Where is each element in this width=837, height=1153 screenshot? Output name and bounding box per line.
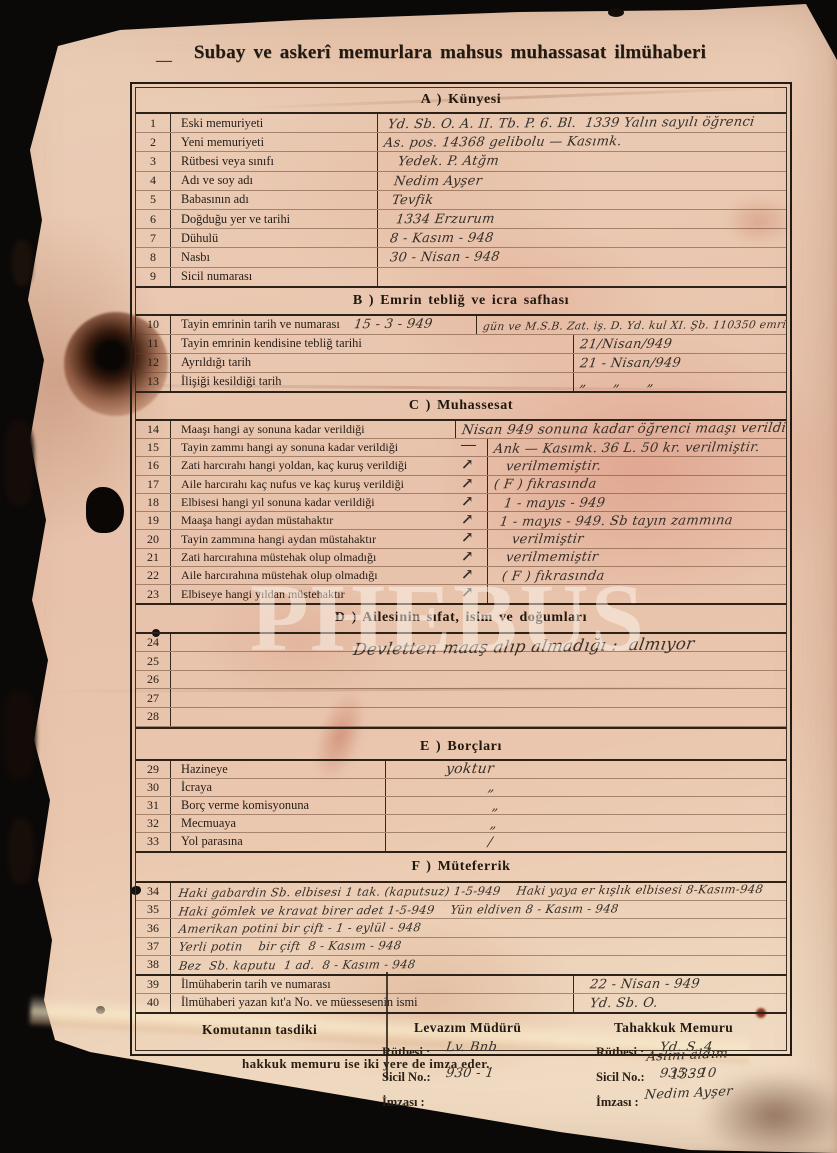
row-number: 3 [136,152,171,170]
table-row: 6Doğduğu yer ve tarihi1334 Erzurum [136,210,786,229]
row-value-cell: „ „ „ [574,373,786,391]
row-value-cell: Haki gömlek ve kravat birer adet 1-5-949… [171,901,786,919]
row-number: 30 [136,779,171,796]
row-number: 23 [136,585,171,602]
arrow-mark: ↗ [461,492,474,511]
handwritten-value: „ „ „ [579,374,655,390]
row-label: Maaşa hangi aydan müstahaktır [171,512,453,529]
row-number: 13 [136,373,171,391]
arrow-mark: ↗ [461,510,474,529]
row-number: 27 [136,689,171,707]
row-number: 20 [136,530,171,547]
row-number: 2 [136,133,171,151]
table-row: 7Dühulü8 - Kasım - 948 [136,229,786,248]
table-row: 29Hazineyeyoktur [136,761,786,779]
row-label: Tayin emrinin kendisine tebliğ tarihi [171,335,574,353]
row-number: 37 [136,938,171,955]
row-value-cell: Tevfik [378,191,786,209]
row-number: 6 [136,210,171,228]
handwritten-value: Yerli potin bir çift 8 - Kasım - 948 [178,939,402,955]
table-row: 23Elbiseye hangi yıldan müstehaktır↗ [136,585,786,602]
row-number: 8 [136,248,171,266]
row-number: 22 [136,567,171,584]
row-label: İlişiği kesildiği tarih [171,373,574,391]
check-mark-cell [421,421,456,438]
row-number: 1 [136,114,171,132]
row-number: 36 [136,919,171,936]
arrow-mark: ↗ [461,474,474,493]
section-emrin-teblig: B ) Emrin tebliğ ve icra safhası 10Tayin… [136,288,786,393]
handwritten-value: Haki gömlek ve kravat birer adet 1-5-949… [178,901,620,918]
handwritten-value: 21 - Nisan/949 [579,355,682,371]
handwritten-value: yoktur [445,761,495,777]
section-borclari: E ) Borçları 29Hazineyeyoktur 30İcraya„ … [136,729,786,853]
row-value-cell: Bez Sb. kaputu 1 ad. 8 - Kasım - 948 [171,956,786,974]
row-number: 10 [136,316,171,334]
edge-burn [12,240,32,286]
row-label: Zati harcırahına müstehak olup olmadığı [171,549,453,566]
row-value-cell: yoktur [386,760,786,778]
row-value-cell: verilmiştir [488,530,786,548]
handwritten-value: Nedim Ayşer [393,173,483,189]
footer-instruction: hakkuk memuru ise iki yere de imza eder. [242,1056,490,1072]
row-label: Borç verme komisyonuna [171,797,386,814]
row-value-cell: 30 - Nisan - 948 [378,248,786,266]
row-value-cell: Amerikan potini bir çift - 1 - eylül - 9… [171,919,786,937]
edge-burn [8,818,34,884]
row-value-cell: 21 - Nisan/949 [574,354,786,372]
table-row: 2Yeni memuriyetiAs. pos. 14368 gelibolu … [136,133,786,152]
row-value-cell: As. pos. 14368 gelibolu — Kasımk. [378,133,786,151]
row-label: Tayin emrinin tarih ve numarası15 - 3 - … [171,316,477,334]
handwritten-certification: Aslını aldım 1339 Nedim Ayşer [607,1043,769,1106]
row-value-cell: Nedim Ayşer [378,172,786,190]
row-number: 7 [136,229,171,247]
row-number: 29 [136,761,171,778]
handwritten-value: 21/Nisan/949 [579,336,673,352]
row-number: 11 [136,335,171,353]
row-number: 5 [136,191,171,209]
row-value-cell: Yd. Sb. O. A. II. Tb. P. 6. Bl. 1339 Yal… [378,114,786,132]
row-value-cell: Yerli potin bir çift 8 - Kasım - 948 [171,937,786,955]
handwritten-value: verilmemiştir. [505,459,602,475]
section-a-header: A ) Künyesi [136,88,786,114]
arrow-mark: ↗ [461,528,474,547]
table-row: 10Tayin emrinin tarih ve numarası15 - 3 … [136,316,786,335]
table-row: 37Yerli potin bir çift 8 - Kasım - 948 [136,938,786,956]
row-label: Maaşı hangi ay sonuna kadar verildiği [171,421,421,438]
section-kunyesi: A ) Künyesi 1Eski memuriyetiYd. Sb. O. A… [136,88,786,288]
handwritten-value: 8 - Kasım - 948 [389,231,495,247]
section-e-header: E ) Borçları [136,729,786,761]
row-label: Zati harcırahı hangi yoldan, kaç kuruş v… [171,457,453,474]
handwritten-value: Ank — Kasımk. 36 L. 50 kr. verilmiştir. [493,440,761,457]
section-c-header: C ) Muhassesat [136,393,786,421]
table-row: 31Borç verme komisyonuna„ [136,797,786,815]
row-label: Aile harcırahına müstehak olup olmadığı [171,567,453,584]
row-value-cell: 1 - mayıs - 949. Sb tayın zammına [488,512,786,530]
table-row: 26 [136,671,786,690]
row-value-cell: 21/Nisan/949 [574,335,786,353]
row-value-cell: 1334 Erzurum [378,210,786,228]
row-label: Tayin zammına hangi aydan müstahaktır [171,530,453,547]
row-label: İlmühaberin tarih ve numarası [171,976,574,994]
check-mark-cell: ↗ [453,585,488,602]
row-value-cell [378,268,786,286]
section-f-header: F ) Müteferrik [136,853,786,883]
supply-director-header: Levazım Müdürü [414,1020,521,1036]
table-row: 11Tayin emrinin kendisine tebliğ tarihi2… [136,335,786,354]
row-number: 12 [136,354,171,372]
row-number: 9 [136,268,171,286]
row-label: Nasbı [171,248,378,266]
row-number: 33 [136,833,171,850]
arrow-mark: ↗ [461,547,474,566]
row-value-cell: 22 - Nisan - 949 [574,975,786,993]
table-row: 4Adı ve soy adıNedim Ayşer [136,172,786,191]
handwritten-value: 1 - mayıs - 949 [503,495,606,511]
handwritten-value: „ [487,780,496,795]
row-number: 18 [136,494,171,511]
row-number: 19 [136,512,171,529]
handwritten-value: Tevfik [391,193,434,208]
row-value-cell: verilmemiştir. [488,457,786,475]
check-mark-cell: ↗ [453,567,488,584]
row-number: 17 [136,476,171,493]
row-number: 28 [136,708,171,726]
handwritten-value: Yedek. P. Atğm [397,154,500,170]
row-value-cell: „ [386,778,786,796]
row-value-cell: verilmemiştir [488,548,786,566]
arrow-mark: ↗ [461,583,474,602]
row-value-cell: „ [386,797,786,815]
handwritten-value: 22 - Nisan - 949 [589,977,701,993]
handwritten-value: 15 - 3 - 949 [353,317,434,333]
handwritten-value: „ [489,817,498,832]
check-mark-cell: ↗ [453,549,488,566]
row-label: Elbiseye hangi yıldan müstehaktır [171,585,453,602]
handwritten-value: verilmiştir [511,532,585,547]
row-number: 35 [136,901,171,918]
row-label: İlmühaberi yazan kıt'a No. ve müesseseni… [171,994,574,1012]
row-label: Hazineye [171,761,386,778]
row-value-cell: gün ve M.S.B. Zat. iş. D. Yd. kul XI. Şb… [477,316,786,334]
table-row: 32Mecmuaya„ [136,815,786,833]
handwritten-value: ( F ) fıkrasında [501,568,606,584]
section-muhassesat: C ) Muhassesat 14Maaşı hangi ay sonuna k… [136,393,786,605]
row-number: 32 [136,815,171,832]
accrual-officer-header: Tahakkuk Memuru [614,1020,733,1036]
table-row: 40İlmühaberi yazan kıt'a No. ve müessese… [136,994,786,1012]
handwritten-value: ( F ) fıkrasında [493,477,598,493]
table-row: 28 [136,708,786,727]
table-row: 5Babasının adıTevfik [136,191,786,210]
row-number: 4 [136,172,171,190]
row-value-cell: 1 - mayıs - 949 [488,494,786,512]
row-value-cell: ( F ) fıkrasında [488,475,786,493]
row-number: 16 [136,457,171,474]
row-label: İcraya [171,779,386,796]
table-row: 33Yol parasına∕ [136,833,786,850]
arrow-mark: ↗ [461,455,474,474]
table-row: 12Ayrıldığı tarih21 - Nisan/949 [136,354,786,373]
edge-burn [2,690,36,780]
row-number: 34 [136,883,171,900]
table-row: 1Eski memuriyetiYd. Sb. O. A. II. Tb. P.… [136,114,786,133]
table-row: 39İlmühaberin tarih ve numarası22 - Nisa… [136,976,786,995]
row-value-cell: Yd. Sb. O. [574,994,786,1012]
section-d-header: D ) Ailesinin sıfat, isim ve doğumları [136,605,786,634]
handwritten-value: Yd. Sb. O. A. II. Tb. P. 6. Bl. 1339 Yal… [387,115,756,133]
row-number: 26 [136,671,171,689]
handwritten-value: gün ve M.S.B. Zat. iş. D. Yd. kul XI. Şb… [482,318,787,333]
signature-label: İmzası : [382,1095,425,1110]
fold-line [386,972,388,1080]
dash-mark: — [461,437,476,454]
section-b-header: B ) Emrin tebliğ ve icra safhası [136,288,786,316]
handwritten-value: Yd. Sb. O. [589,996,659,1011]
signature-block: Komutanın tasdiki Levazım Müdürü Tahakku… [136,1014,786,1050]
handwritten-value: 1 - mayıs - 949. Sb tayın zammına [499,513,734,530]
row-value-cell: Nisan 949 sonuna kadar öğrenci maaşı ver… [456,420,786,438]
row-number: 39 [136,976,171,994]
row-label: Tayin zammı hangi ay sonuna kadar verild… [171,439,453,456]
document-title: Subay ve askerî memurlara mahsus muhassa… [135,42,765,64]
table-row: 35Haki gömlek ve kravat birer adet 1-5-9… [136,901,786,919]
form-table: A ) Künyesi 1Eski memuriyetiYd. Sb. O. A… [130,82,792,1056]
row-label: Ayrıldığı tarih [171,354,574,372]
row-label: Rütbesi veya sınıfı [171,152,378,170]
handwritten-value: Haki gabardin Sb. elbisesi 1 tak. (kaput… [178,882,764,900]
row-label: Eski memuriyeti [171,114,378,132]
handwritten-rank: Lv. Bnb [445,1039,498,1054]
row-label: Adı ve soy adı [171,172,378,190]
section-muteferrik: F ) Müteferrik 34Haki gabardin Sb. elbis… [136,853,786,976]
handwritten-value: As. pos. 14368 gelibolu — Kasımk. [383,134,623,151]
row-value-cell: Yedek. P. Atğm [378,152,786,170]
check-mark-cell: ↗ [453,476,488,493]
row-value-cell: „ [386,815,786,833]
table-row: 36Amerikan potini bir çift - 1 - eylül -… [136,919,786,937]
handwritten-value: verilmemiştir [505,550,599,566]
check-mark-cell: ↗ [453,530,488,547]
table-row: 38Bez Sb. kaputu 1 ad. 8 - Kasım - 948 [136,956,786,973]
row-value-cell: 8 - Kasım - 948 [378,229,786,247]
commander-approval-header: Komutanın tasdiki [202,1022,317,1038]
scanned-document: — Subay ve askerî memurlara mahsus muhas… [0,0,837,1153]
check-mark-cell: ↗ [453,494,488,511]
row-label: Yeni memuriyeti [171,133,378,151]
table-row: 30İcraya„ [136,779,786,797]
row-label: Yol parasına [171,833,386,850]
row-number: 14 [136,421,171,438]
table-row: 9Sicil numarası [136,268,786,286]
handwritten-value: Bez Sb. kaputu 1 ad. 8 - Kasım - 948 [178,957,416,973]
table-row: 8Nasbı30 - Nisan - 948 [136,248,786,267]
check-mark-cell: ↗ [453,457,488,474]
table-row: 27 [136,689,786,708]
row-label: Doğduğu yer ve tarihi [171,210,378,228]
table-row: 13İlişiği kesildiği tarih„ „ „ [136,373,786,391]
row-label: Sicil numarası [171,268,378,286]
row-value-cell: ( F ) fıkrasında [488,567,786,585]
table-row: 3Rütbesi veya sınıfıYedek. P. Atğm [136,152,786,171]
handwritten-value: Amerikan potini bir çift - 1 - eylül - 9… [178,920,422,936]
row-label: Dühulü [171,229,378,247]
section-muteferrik-rows2: 39İlmühaberin tarih ve numarası22 - Nisa… [136,976,786,1014]
handwritten-value: 1334 Erzurum [395,212,496,228]
row-number: 38 [136,956,171,973]
row-value-cell: Haki gabardin Sb. elbisesi 1 tak. (kaput… [171,882,786,900]
check-mark-cell: ↗ [453,512,488,529]
arrow-mark: ↗ [461,565,474,584]
handwritten-value: Nisan 949 sonuna kadar öğrenci maaşı ver… [461,421,787,438]
row-number: 21 [136,549,171,566]
row-label: Elbisesi hangi yıl sonuna kadar verildiğ… [171,494,453,511]
row-value-cell: Ank — Kasımk. 36 L. 50 kr. verilmiştir. [488,439,786,457]
section-ailesi: D ) Ailesinin sıfat, isim ve doğumları 2… [136,605,786,729]
handwritten-value: 30 - Nisan - 948 [389,250,501,266]
row-value-cell: ∕ [386,833,786,851]
edge-burn [4,420,34,506]
handwritten-value: „ [491,799,500,814]
row-label: Aile harcırahı kaç nufus ve kaç kuruş ve… [171,476,453,493]
row-label: Mecmuaya [171,815,386,832]
check-mark-cell: — [453,439,488,456]
row-number: 40 [136,994,171,1012]
table-row: 34Haki gabardin Sb. elbisesi 1 tak. (kap… [136,883,786,901]
row-number: 25 [136,652,171,670]
row-label: Babasının adı [171,191,378,209]
row-value-cell [488,585,786,603]
row-label-text: Tayin emrinin tarih ve numarası [181,317,340,332]
row-number: 15 [136,439,171,456]
row-number: 31 [136,797,171,814]
row-number: 24 [136,634,171,652]
handwritten-value: ∕ [487,835,494,850]
